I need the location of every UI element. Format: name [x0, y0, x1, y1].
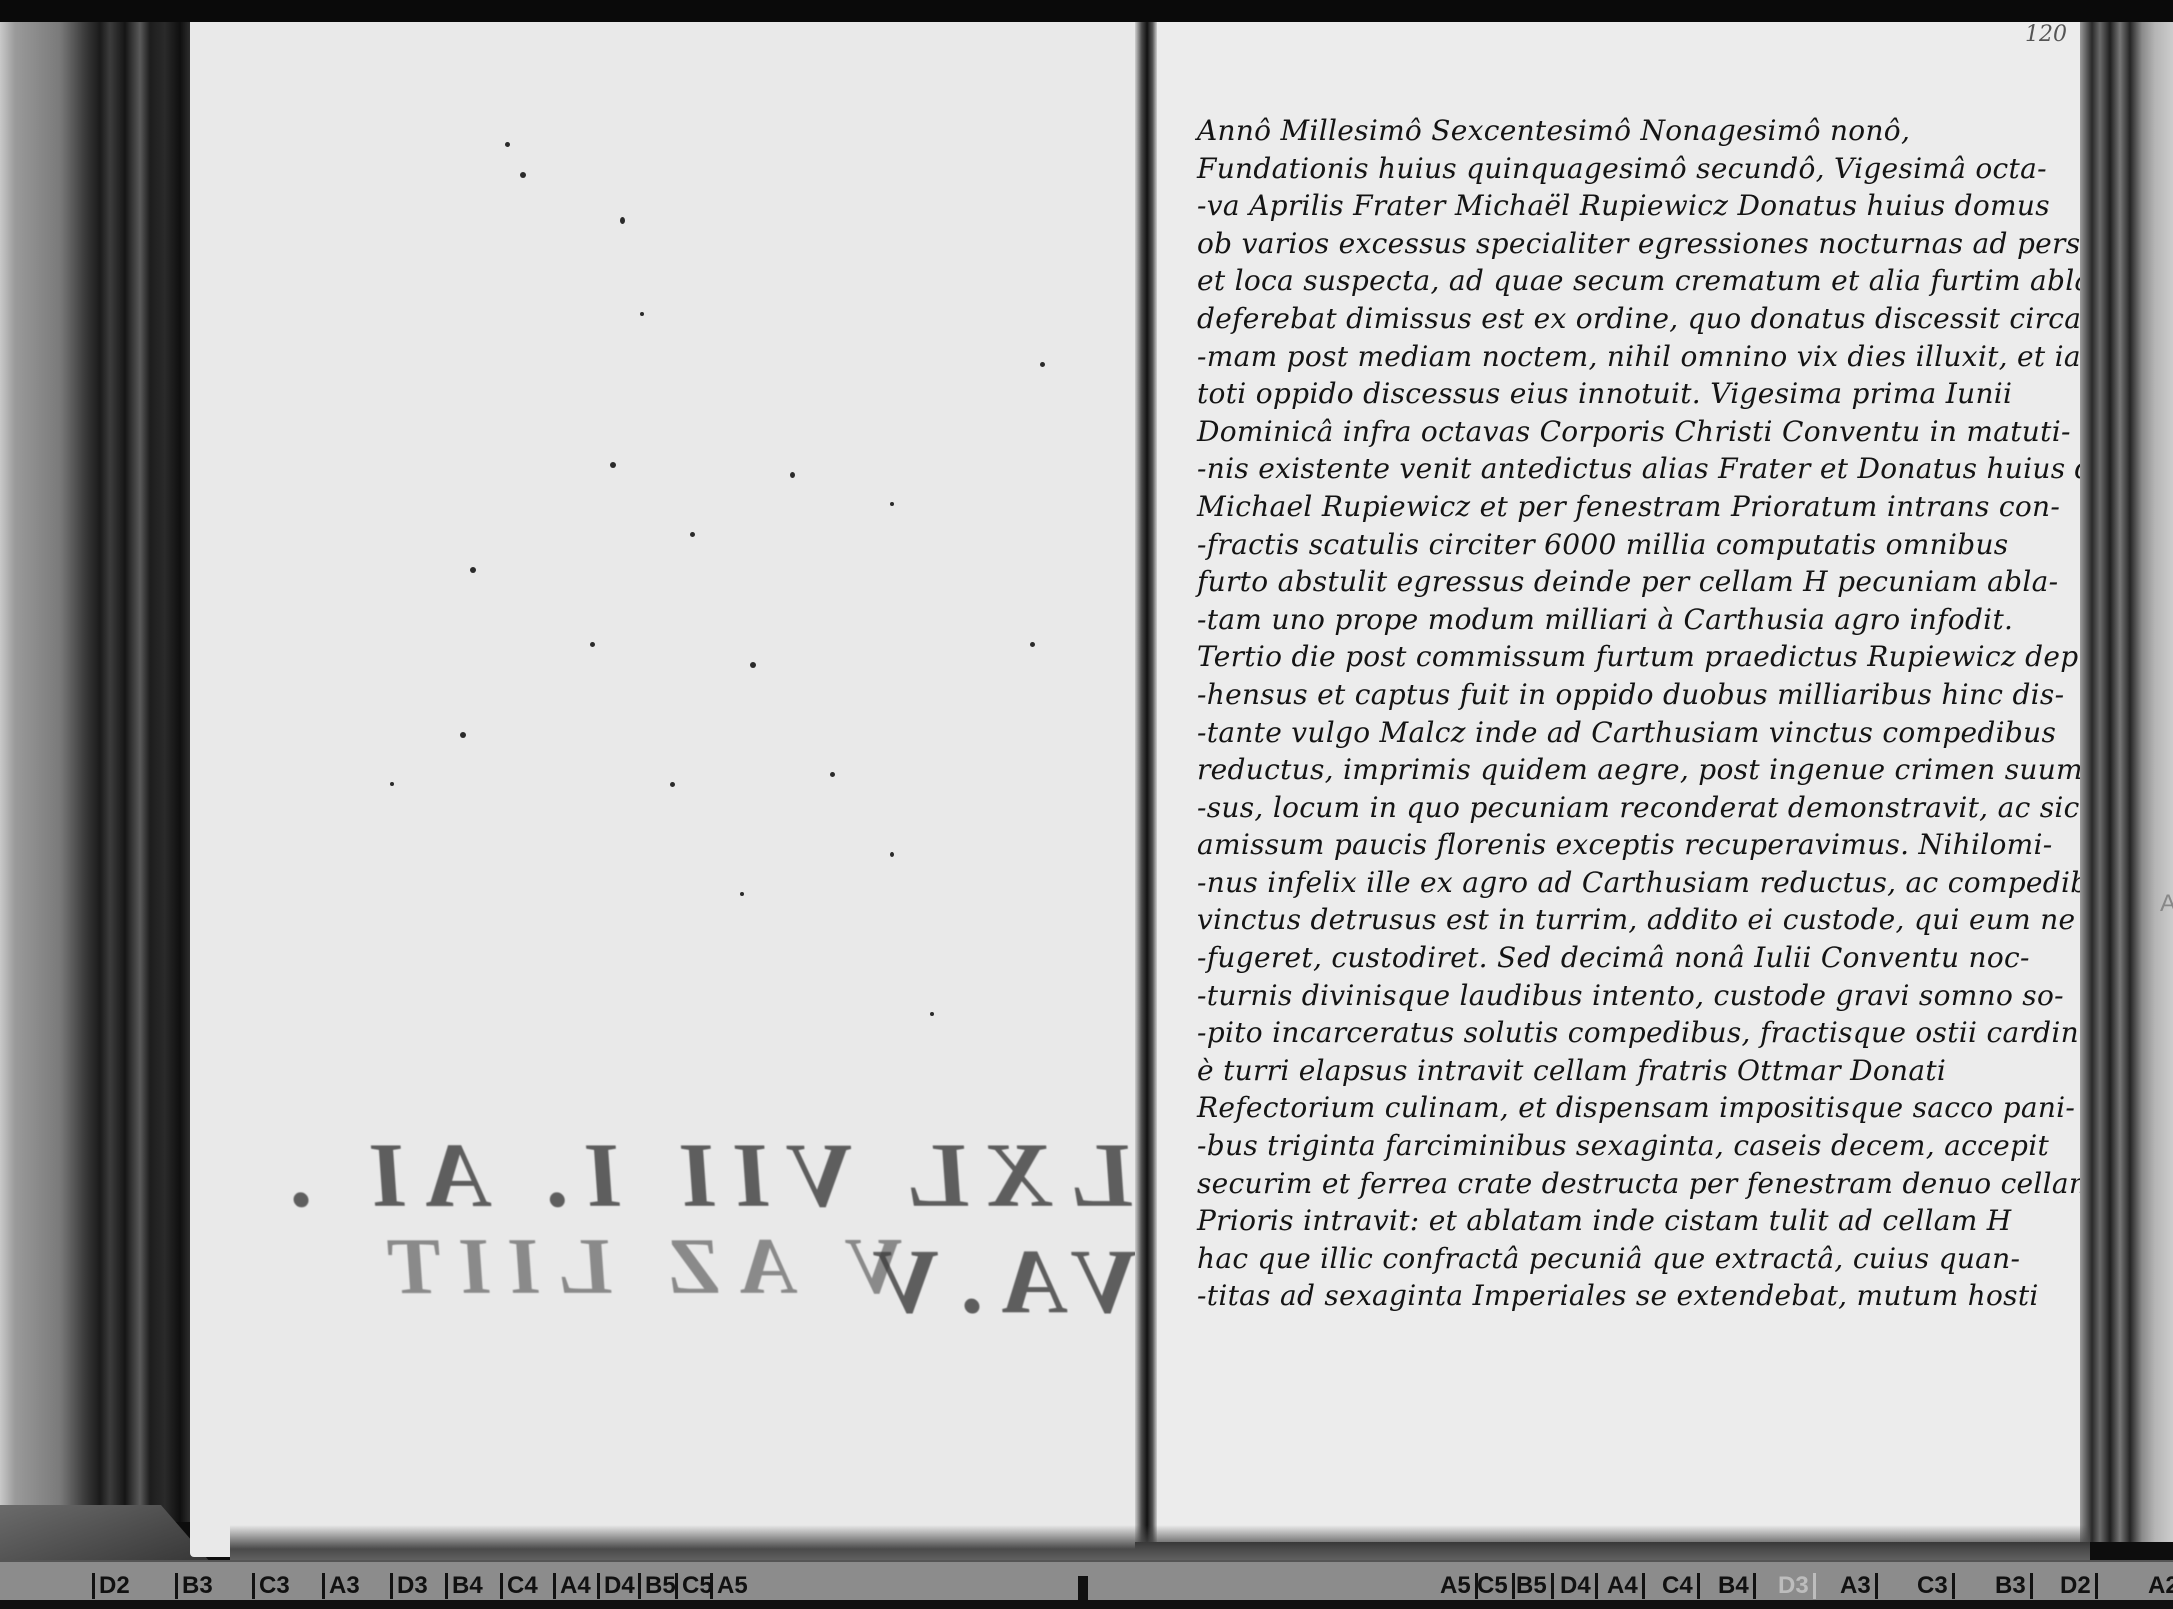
text-line: -titas ad sexaginta Imperiales se extend…: [1197, 1277, 2077, 1315]
ink-speck: [470, 567, 476, 573]
text-line: -nus infelix ille ex agro ad Carthusiam …: [1197, 864, 2077, 902]
target-label: A3: [1840, 1573, 1878, 1599]
text-line: Refectorium culinam, et dispensam imposi…: [1197, 1089, 2077, 1127]
ink-speck: [690, 532, 695, 537]
text-line: -pito incarceratus solutis compedibus, f…: [1197, 1014, 2077, 1052]
right-book-edge: [2080, 22, 2173, 1542]
target-label: B5: [1516, 1573, 1554, 1599]
folio-number: 120: [2025, 22, 2067, 47]
film-bottom-border: [0, 1600, 2173, 1609]
text-line: hac que illic confractâ pecuniâ que extr…: [1197, 1240, 2077, 1278]
target-label: B4: [1718, 1573, 1756, 1599]
target-label: D3: [390, 1573, 428, 1599]
target-label: A5: [1440, 1573, 1478, 1599]
ink-speck: [790, 472, 795, 478]
text-line: deferebat dimissus est ex ordine, quo do…: [1197, 300, 2077, 338]
book-gutter: [1135, 22, 1157, 1542]
bleed-through-stamp-line-2: V AZ LIIT: [367, 1222, 907, 1313]
ink-speck: [590, 642, 595, 647]
target-label: D2: [2060, 1573, 2098, 1599]
text-line: Prioris intravit: et ablatam inde cistam…: [1197, 1202, 2077, 1240]
text-line: amissum paucis florenis exceptis recuper…: [1197, 826, 2077, 864]
target-label: C5: [675, 1573, 713, 1599]
text-line: Dominicâ infra octavas Corporis Christi …: [1197, 413, 2077, 451]
target-label: D2: [92, 1573, 130, 1599]
ink-speck: [740, 892, 744, 896]
target-label: A4: [1607, 1573, 1645, 1599]
text-line: -hensus et captus fuit in oppido duobus …: [1197, 676, 2077, 714]
text-line: ob varios excessus specialiter egression…: [1197, 225, 2077, 263]
target-label: A2: [2148, 1573, 2173, 1599]
text-line: Michael Rupiewicz et per fenestram Prior…: [1197, 488, 2077, 526]
target-label: B5: [638, 1573, 676, 1599]
target-label: D3: [1778, 1573, 1816, 1599]
target-label: A3: [322, 1573, 360, 1599]
manuscript-text: Annô Millesimô Sexcentesimô Nonagesimô n…: [1197, 112, 2077, 1315]
text-line: -nis existente venit antedictus alias Fr…: [1197, 450, 2077, 488]
ink-speck: [610, 462, 616, 468]
text-line: -turnis divinisque laudibus intento, cus…: [1197, 977, 2077, 1015]
text-line: et loca suspecta, ad quae secum crematum…: [1197, 262, 2077, 300]
target-label: B4: [445, 1573, 483, 1599]
text-line: -fractis scatulis circiter 6000 millia c…: [1197, 526, 2077, 564]
text-line: -va Aprilis Frater Michaël Rupiewicz Don…: [1197, 187, 2077, 225]
target-label: A5: [710, 1573, 748, 1599]
text-line: -tam uno prope modum milliari à Carthusi…: [1197, 601, 2077, 639]
text-line: toti oppido discessus eius innotuit. Vig…: [1197, 375, 2077, 413]
text-line: -tante vulgo Malcz inde ad Carthusiam vi…: [1197, 714, 2077, 752]
ink-speck: [1030, 642, 1035, 647]
left-page: LXL VII I. AI . VA.V V AZ LIIT: [190, 22, 1135, 1557]
text-line: Fundationis huius quinquagesimô secundô,…: [1197, 150, 2077, 188]
ink-speck: [620, 217, 625, 224]
left-book-edge: [0, 22, 195, 1522]
target-label: B3: [1995, 1573, 2033, 1599]
ink-speck: [505, 142, 510, 147]
ink-speck: [890, 852, 894, 857]
ink-speck: [930, 1012, 934, 1016]
target-label: C3: [1917, 1573, 1955, 1599]
text-line: furto abstulit egressus deinde per cella…: [1197, 563, 2077, 601]
ink-speck: [830, 772, 835, 777]
text-line: securim et ferrea crate destructa per fe…: [1197, 1165, 2077, 1203]
text-line: -fugeret, custodiret. Sed decimâ nonâ Iu…: [1197, 939, 2077, 977]
text-line: -mam post mediam noctem, nihil omnino vi…: [1197, 338, 2077, 376]
target-label: C3: [252, 1573, 290, 1599]
text-line: Tertio die post commissum furtum praedic…: [1197, 638, 2077, 676]
target-label: B3: [175, 1573, 213, 1599]
strip-center-marker: [1078, 1576, 1088, 1600]
target-label: D4: [1560, 1573, 1598, 1599]
text-line: vinctus detrusus est in turrim, addito e…: [1197, 901, 2077, 939]
ink-speck: [1040, 362, 1045, 367]
target-label: D4: [597, 1573, 635, 1599]
target-label: C5: [1477, 1573, 1515, 1599]
ink-speck: [640, 312, 644, 316]
text-line: Annô Millesimô Sexcentesimô Nonagesimô n…: [1197, 112, 2077, 150]
target-label: C4: [500, 1573, 538, 1599]
ink-speck: [460, 732, 466, 738]
ink-speck: [890, 502, 894, 506]
ink-speck: [390, 782, 394, 786]
target-label: A4: [553, 1573, 591, 1599]
text-line: è turri elapsus intravit cellam fratris …: [1197, 1052, 2077, 1090]
ink-speck: [520, 172, 526, 178]
text-line: -bus triginta farciminibus sexaginta, ca…: [1197, 1127, 2077, 1165]
ink-speck: [670, 782, 675, 787]
target-label: C4: [1662, 1573, 1700, 1599]
text-line: -sus, locum in quo pecuniam reconderat d…: [1197, 789, 2077, 827]
film-top-border: [0, 0, 2173, 22]
right-page: 120 Annô Millesimô Sexcentesimô Nonagesi…: [1157, 22, 2127, 1542]
margin-mark: A: [2160, 890, 2173, 918]
page-bottom-shadow: [230, 1525, 2090, 1565]
ink-speck: [750, 662, 756, 668]
text-line: reductus, imprimis quidem aegre, post in…: [1197, 751, 2077, 789]
